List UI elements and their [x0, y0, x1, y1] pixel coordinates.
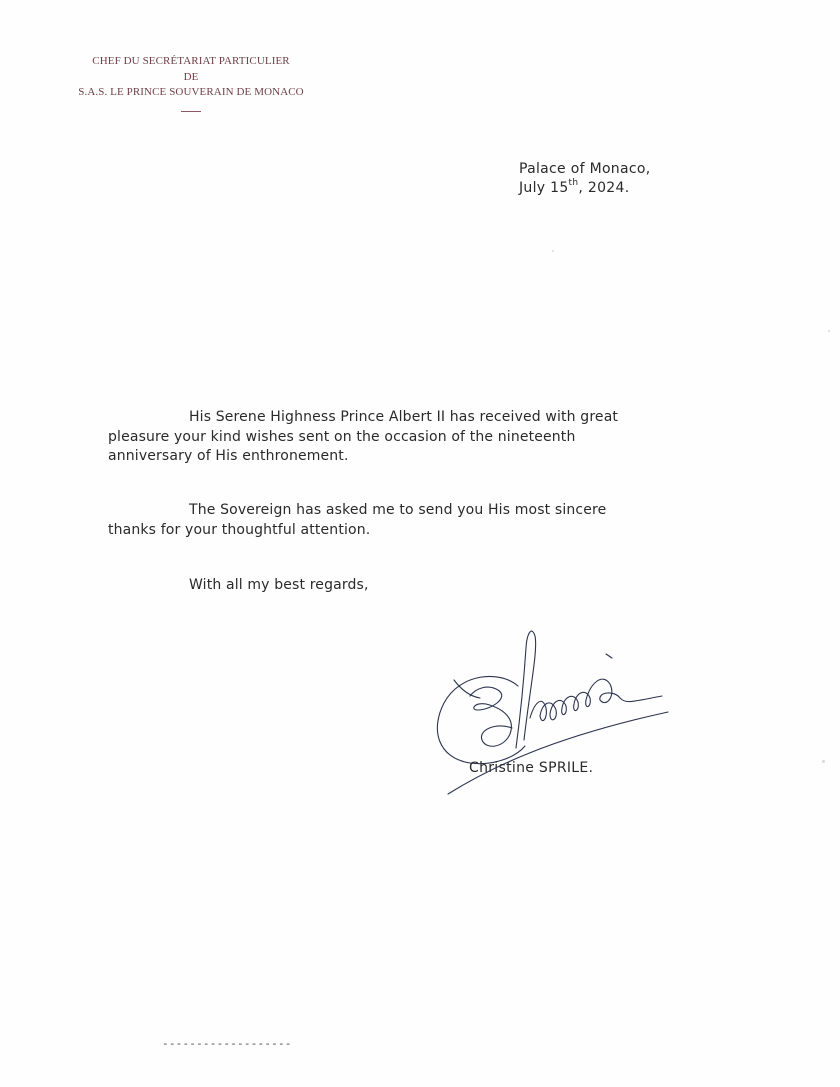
paragraph-1-line-1: His Serene Highness Prince Albert II has…	[189, 409, 618, 425]
letterhead-line-1: CHEF DU SECRÉTARIAT PARTICULIER	[60, 54, 322, 70]
signer-name: Christine SPRILE.	[469, 760, 593, 776]
paragraph-2-line-2: thanks for your thoughtful attention.	[108, 521, 728, 541]
closing: With all my best regards,	[108, 576, 728, 596]
paragraph-2: The Sovereign has asked me to send you H…	[108, 501, 728, 540]
paragraph-2-line-1: The Sovereign has asked me to send you H…	[189, 502, 606, 518]
paragraph-1-line-3: anniversary of His enthronement.	[108, 447, 728, 467]
letter-page: CHEF DU SECRÉTARIAT PARTICULIER DE S.A.S…	[0, 0, 840, 1087]
scan-speck	[828, 330, 830, 332]
date-ordinal: th	[569, 178, 579, 188]
letterhead: CHEF DU SECRÉTARIAT PARTICULIER DE S.A.S…	[60, 54, 322, 112]
paragraph-1-line-2: pleasure your kind wishes sent on the oc…	[108, 428, 728, 448]
letterhead-rule	[181, 111, 201, 112]
paragraph-1: His Serene Highness Prince Albert II has…	[108, 408, 728, 467]
date: July 15th, 2024.	[519, 179, 650, 198]
dateline: Palace of Monaco, July 15th, 2024.	[519, 160, 650, 198]
letterhead-line-3: S.A.S. LE PRINCE SOUVERAIN DE MONACO	[60, 85, 322, 101]
date-year: , 2024.	[578, 180, 629, 196]
letterhead-line-2: DE	[60, 70, 322, 86]
scan-speck	[822, 760, 825, 763]
scan-speck	[552, 250, 554, 252]
footer-dashes: -------------------	[162, 1037, 292, 1050]
closing-text: With all my best regards,	[189, 577, 369, 593]
place: Palace of Monaco,	[519, 160, 650, 179]
date-day: July 15	[519, 180, 569, 196]
